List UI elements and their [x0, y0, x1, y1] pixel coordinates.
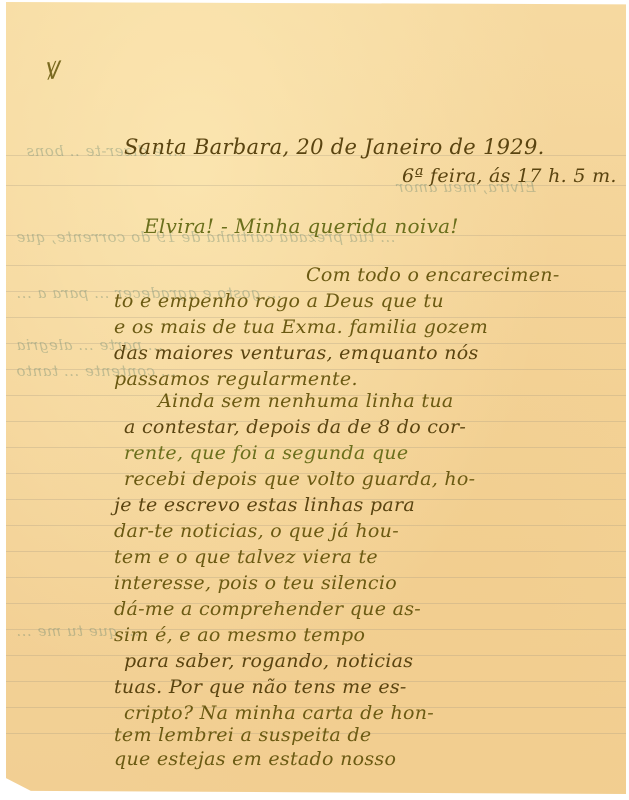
letter-body-line: Com todo o encarecimen- — [306, 264, 560, 286]
letter-body-line: cripto? Na minha carta de hon- — [124, 702, 434, 724]
letter-body-line: to e empenho rogo a Deus que tu — [114, 290, 444, 312]
letter-body-line: tem lembrei a suspeita de — [114, 724, 371, 746]
letter-body-line: passamos regularmente. — [114, 368, 358, 390]
letter-body-line: tem e o que talvez viera te — [114, 546, 378, 568]
letter-body-line: das maiores venturas, emquanto nós — [114, 342, 479, 364]
letter-body-line: recebi depois que volto guarda, ho- — [124, 468, 475, 490]
letter-body-line: tuas. Por que não tens me es- — [114, 676, 407, 698]
margin-mark: Ꝟ — [42, 53, 61, 88]
letter-salutation: Elvira! - Minha querida noiva! — [144, 214, 459, 238]
letter-weekday-time: 6ª feira, ás 17 h. 5 m. — [402, 165, 617, 187]
letter-body-line: dá-me a comprehender que as- — [114, 598, 421, 620]
letter-body-line: dar-te noticias, o que já hou- — [114, 520, 399, 542]
letter-body-line: e os mais de tua Exma. familia gozem — [114, 316, 488, 338]
letter-body-line: Ainda sem nenhuma linha tua — [158, 390, 453, 412]
letter-body-line: sim é, e ao mesmo tempo — [114, 624, 365, 646]
letter-body-line: a contestar, depois da de 8 do cor- — [124, 416, 466, 438]
letter-body-line: je te escrevo estas linhas para — [114, 494, 415, 516]
letter-page: ... e dizer-te .. bons Elvira, meu amor … — [6, 2, 626, 794]
letter-body-line: rente, que foi a segunda que — [124, 442, 408, 464]
letter-body-line: que estejas em estado nosso — [114, 748, 396, 770]
letter-body-line: para saber, rogando, noticias — [124, 650, 413, 672]
letter-place-date: Santa Barbara, 20 de Janeiro de 1929. — [124, 135, 545, 159]
letter-body-line: interesse, pois o teu silencio — [114, 572, 397, 594]
